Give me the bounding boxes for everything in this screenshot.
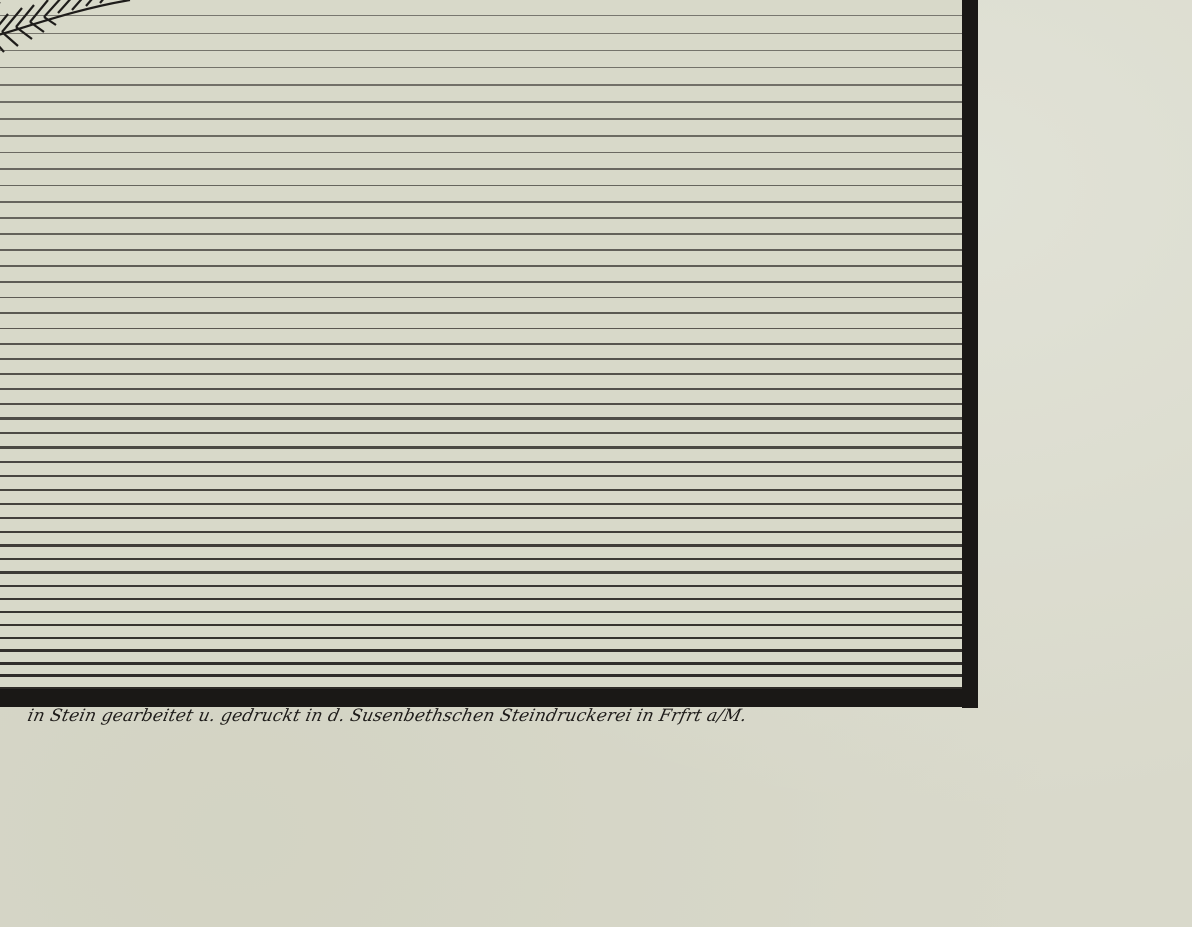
- hatch-line: [0, 544, 962, 547]
- hatch-line: [0, 611, 962, 614]
- engraved-plate: [0, 0, 980, 708]
- hatch-line: [0, 101, 962, 102]
- hatch-line: [0, 489, 962, 491]
- hatch-line: [0, 168, 962, 170]
- hatch-line: [0, 312, 962, 314]
- hatch-line: [0, 571, 962, 574]
- hatch-line: [0, 152, 962, 154]
- hatch-line: [0, 33, 962, 34]
- hatch-line: [0, 558, 962, 561]
- hatch-line: [0, 15, 962, 16]
- hatch-line: [0, 373, 962, 375]
- hatch-line: [0, 84, 962, 85]
- hatch-line: [0, 674, 962, 677]
- horizontal-hatching: [0, 0, 962, 690]
- hatch-line: [0, 585, 962, 588]
- hatch-line: [0, 432, 962, 434]
- hatch-line: [0, 503, 962, 505]
- hatch-line: [0, 598, 962, 601]
- hatch-line: [0, 217, 962, 219]
- plate-border-right: [962, 0, 978, 708]
- hatch-line: [0, 446, 962, 448]
- hatch-line: [0, 624, 962, 627]
- hatch-line: [0, 358, 962, 360]
- hatch-line: [0, 297, 962, 299]
- hatch-line: [0, 461, 962, 463]
- hatch-line: [0, 118, 962, 119]
- hatch-line: [0, 388, 962, 390]
- hatch-line: [0, 249, 962, 251]
- hatch-line: [0, 50, 962, 51]
- hatch-line: [0, 637, 962, 640]
- hatch-line: [0, 417, 962, 419]
- hatch-line: [0, 328, 962, 330]
- hatch-line: [0, 343, 962, 345]
- hatch-line: [0, 517, 962, 519]
- hatch-line: [0, 475, 962, 477]
- hatch-line: [0, 201, 962, 203]
- hatch-line: [0, 233, 962, 235]
- fern-foliage-icon: [0, 0, 150, 55]
- plate-border-bottom: [0, 689, 978, 707]
- hatch-line: [0, 662, 962, 665]
- hatch-line: [0, 649, 962, 652]
- hatch-line: [0, 265, 962, 267]
- hatch-line: [0, 185, 962, 187]
- hatch-line: [0, 67, 962, 68]
- hatch-line: [0, 531, 962, 534]
- printer-imprint-caption: in Stein gearbeitet u. gedruckt in d. Su…: [21, 706, 970, 746]
- hatch-line: [0, 403, 962, 405]
- hatch-line: [0, 135, 962, 137]
- hatch-line: [0, 281, 962, 283]
